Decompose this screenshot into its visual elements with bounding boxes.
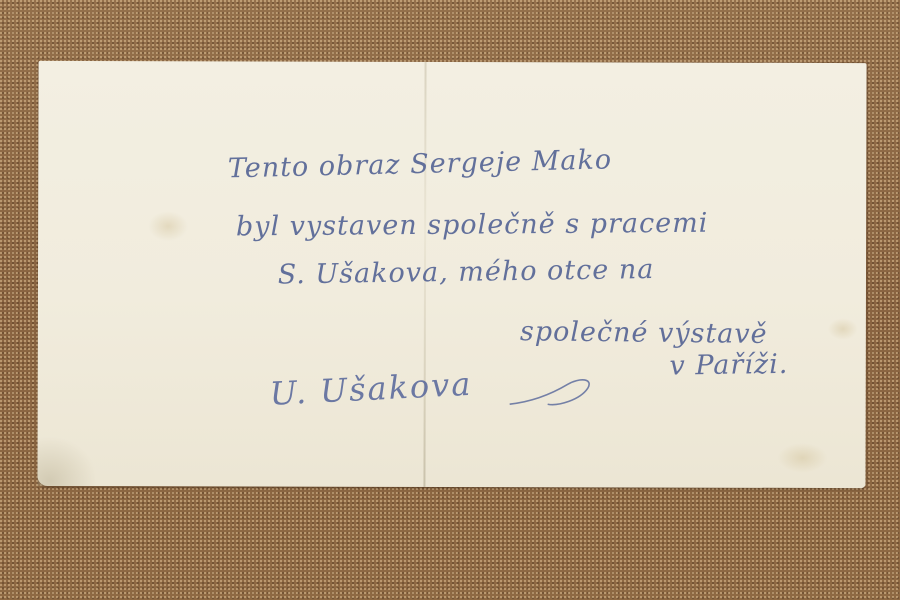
note-line-1: Tento obraz Sergeje Mako xyxy=(228,144,613,184)
paper-stain xyxy=(828,318,858,340)
note-line-5: v Paříži. xyxy=(669,349,788,382)
paper-stain xyxy=(148,211,188,241)
signature-flourish-icon xyxy=(508,374,598,414)
handwritten-note-card: Tento obraz Sergeje Mako byl vystaven sp… xyxy=(37,61,866,488)
note-line-3: S. Ušakova, mého otce na xyxy=(277,254,654,291)
note-line-2: byl vystaven společně s pracemi xyxy=(236,208,709,243)
signature: U. Ušakova xyxy=(269,365,473,413)
paper-stain xyxy=(777,443,827,473)
note-line-4: společné výstavě xyxy=(520,316,768,350)
